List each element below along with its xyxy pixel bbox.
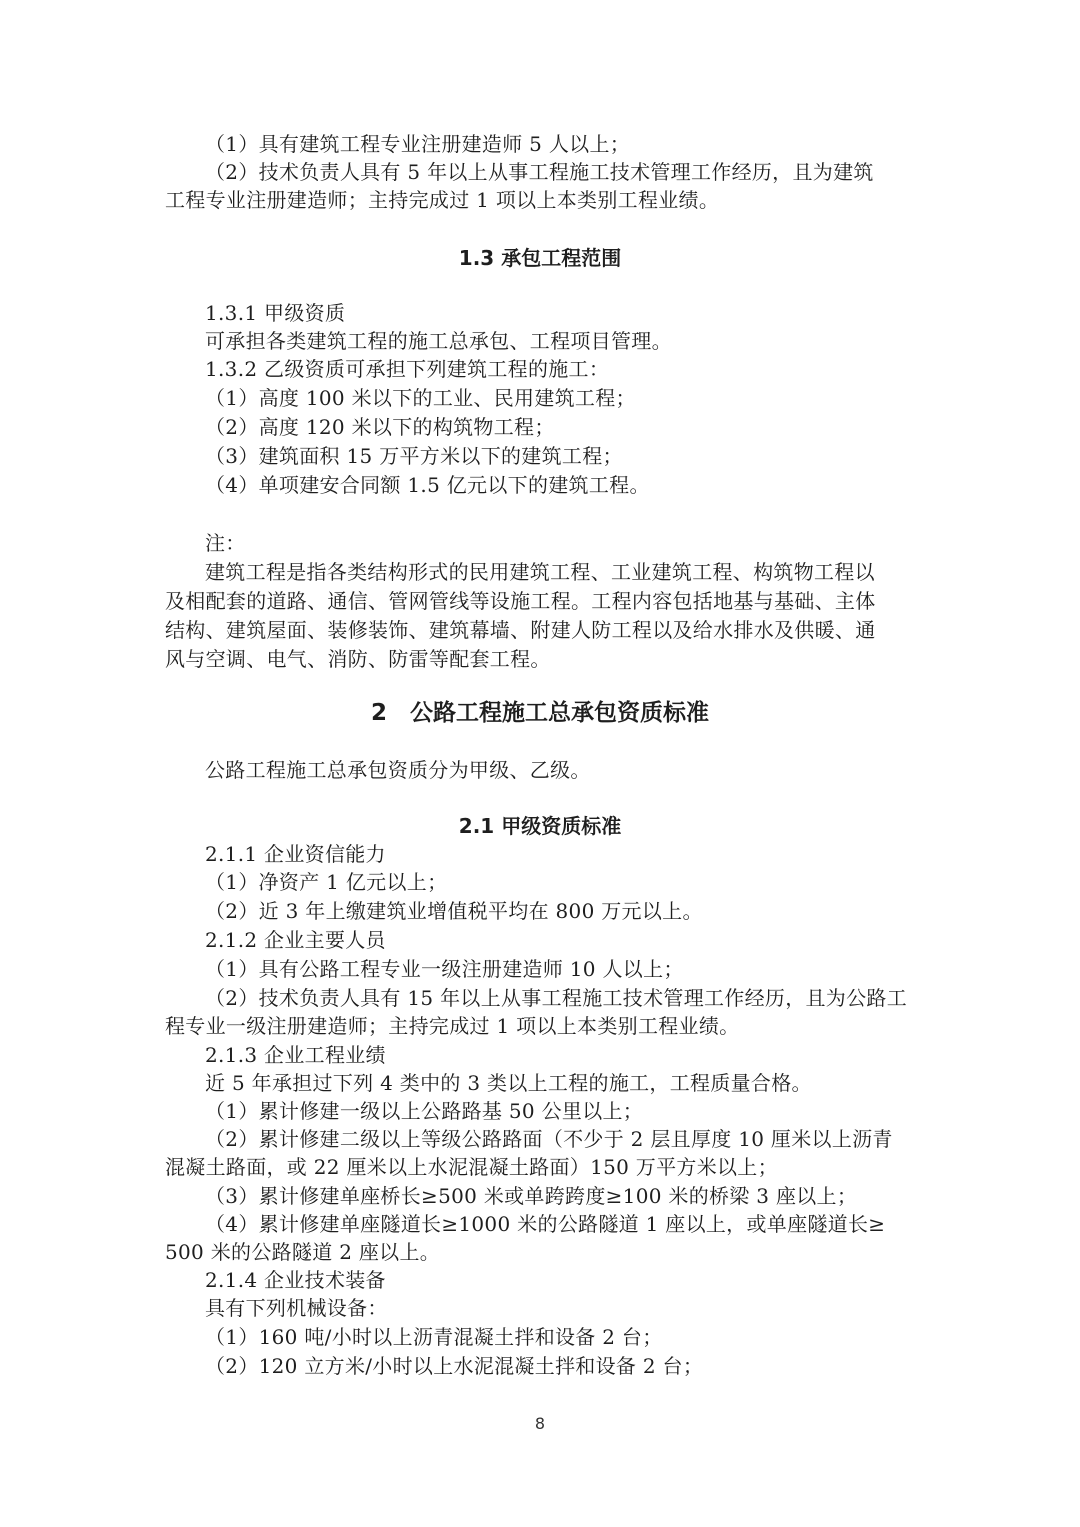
document-page: （1）具有建筑工程专业注册建造师 5 人以上； （2）技术负责人具有 5 年以上… [0,0,1080,1527]
list-item: （4）累计修建单座隧道长≥1000 米的公路隧道 1 座以上，或单座隧道长≥ [205,1210,917,1238]
list-item: （1）净资产 1 亿元以上； [205,868,917,896]
subsection-heading: 1.3.1 甲级资质 [205,299,917,327]
paragraph-line: 具有下列机械设备： [205,1294,917,1322]
list-item: （1）160 吨/小时以上沥青混凝土拌和设备 2 台； [205,1323,917,1351]
list-item: （2）近 3 年上缴建筑业增值税平均在 800 万元以上。 [205,897,917,925]
subsection-heading: 2.1.4 企业技术装备 [205,1266,917,1294]
note-line: 风与空调、电气、消防、防雷等配套工程。 [165,645,917,673]
section-heading-2-1: 2.1 甲级资质标准 [0,812,1080,840]
list-item-continuation: 500 米的公路隧道 2 座以上。 [165,1238,917,1266]
subsection-heading: 2.1.2 企业主要人员 [205,926,917,954]
paragraph-line: 可承担各类建筑工程的施工总承包、工程项目管理。 [205,327,917,355]
section-heading-2: 2 公路工程施工总承包资质标准 [0,697,1080,729]
list-item-continuation: 混凝土路面，或 22 厘米以上水泥混凝土路面）150 万平方米以上； [165,1153,917,1181]
subsection-heading: 2.1.1 企业资信能力 [205,840,917,868]
list-item-continuation: 程专业一级注册建造师；主持完成过 1 项以上本类别工程业绩。 [165,1012,917,1040]
list-item: （1）高度 100 米以下的工业、民用建筑工程； [205,384,917,412]
section-heading-1-3: 1.3 承包工程范围 [0,244,1080,272]
paragraph-line: （2）技术负责人具有 5 年以上从事工程施工技术管理工作经历，且为建筑 [205,158,917,186]
subsection-heading: 2.1.3 企业工程业绩 [205,1041,917,1069]
list-item: （1）累计修建一级以上公路路基 50 公里以上； [205,1097,917,1125]
list-item: （4）单项建安合同额 1.5 亿元以下的建筑工程。 [205,471,917,499]
list-item: （2）120 立方米/小时以上水泥混凝土拌和设备 2 台； [205,1352,917,1380]
paragraph-line: （1）具有建筑工程专业注册建造师 5 人以上； [205,130,917,158]
note-line: 结构、建筑屋面、装修装饰、建筑幕墙、附建人防工程以及给水排水及供暖、通 [165,616,917,644]
note-line: 及相配套的道路、通信、管网管线等设施工程。工程内容包括地基与基础、主体 [165,587,917,615]
list-item: （1）具有公路工程专业一级注册建造师 10 人以上； [205,955,917,983]
paragraph-line: 公路工程施工总承包资质分为甲级、乙级。 [205,756,917,784]
list-item: （3）建筑面积 15 万平方米以下的建筑工程； [205,442,917,470]
list-item: （2）高度 120 米以下的构筑物工程； [205,413,917,441]
subsection-heading: 1.3.2 乙级资质可承担下列建筑工程的施工： [205,355,917,383]
list-item: （3）累计修建单座桥长≥500 米或单跨跨度≥100 米的桥梁 3 座以上； [205,1182,917,1210]
page-number: 8 [0,1414,1080,1434]
paragraph-line: 近 5 年承担过下列 4 类中的 3 类以上工程的施工，工程质量合格。 [205,1069,917,1097]
list-item: （2）技术负责人具有 15 年以上从事工程施工技术管理工作经历，且为公路工 [205,984,917,1012]
note-label: 注： [205,529,917,557]
list-item: （2）累计修建二级以上等级公路路面（不少于 2 层且厚度 10 厘米以上沥青 [205,1125,917,1153]
note-line: 建筑工程是指各类结构形式的民用建筑工程、工业建筑工程、构筑物工程以 [205,558,917,586]
paragraph-line: 工程专业注册建造师；主持完成过 1 项以上本类别工程业绩。 [165,186,917,214]
